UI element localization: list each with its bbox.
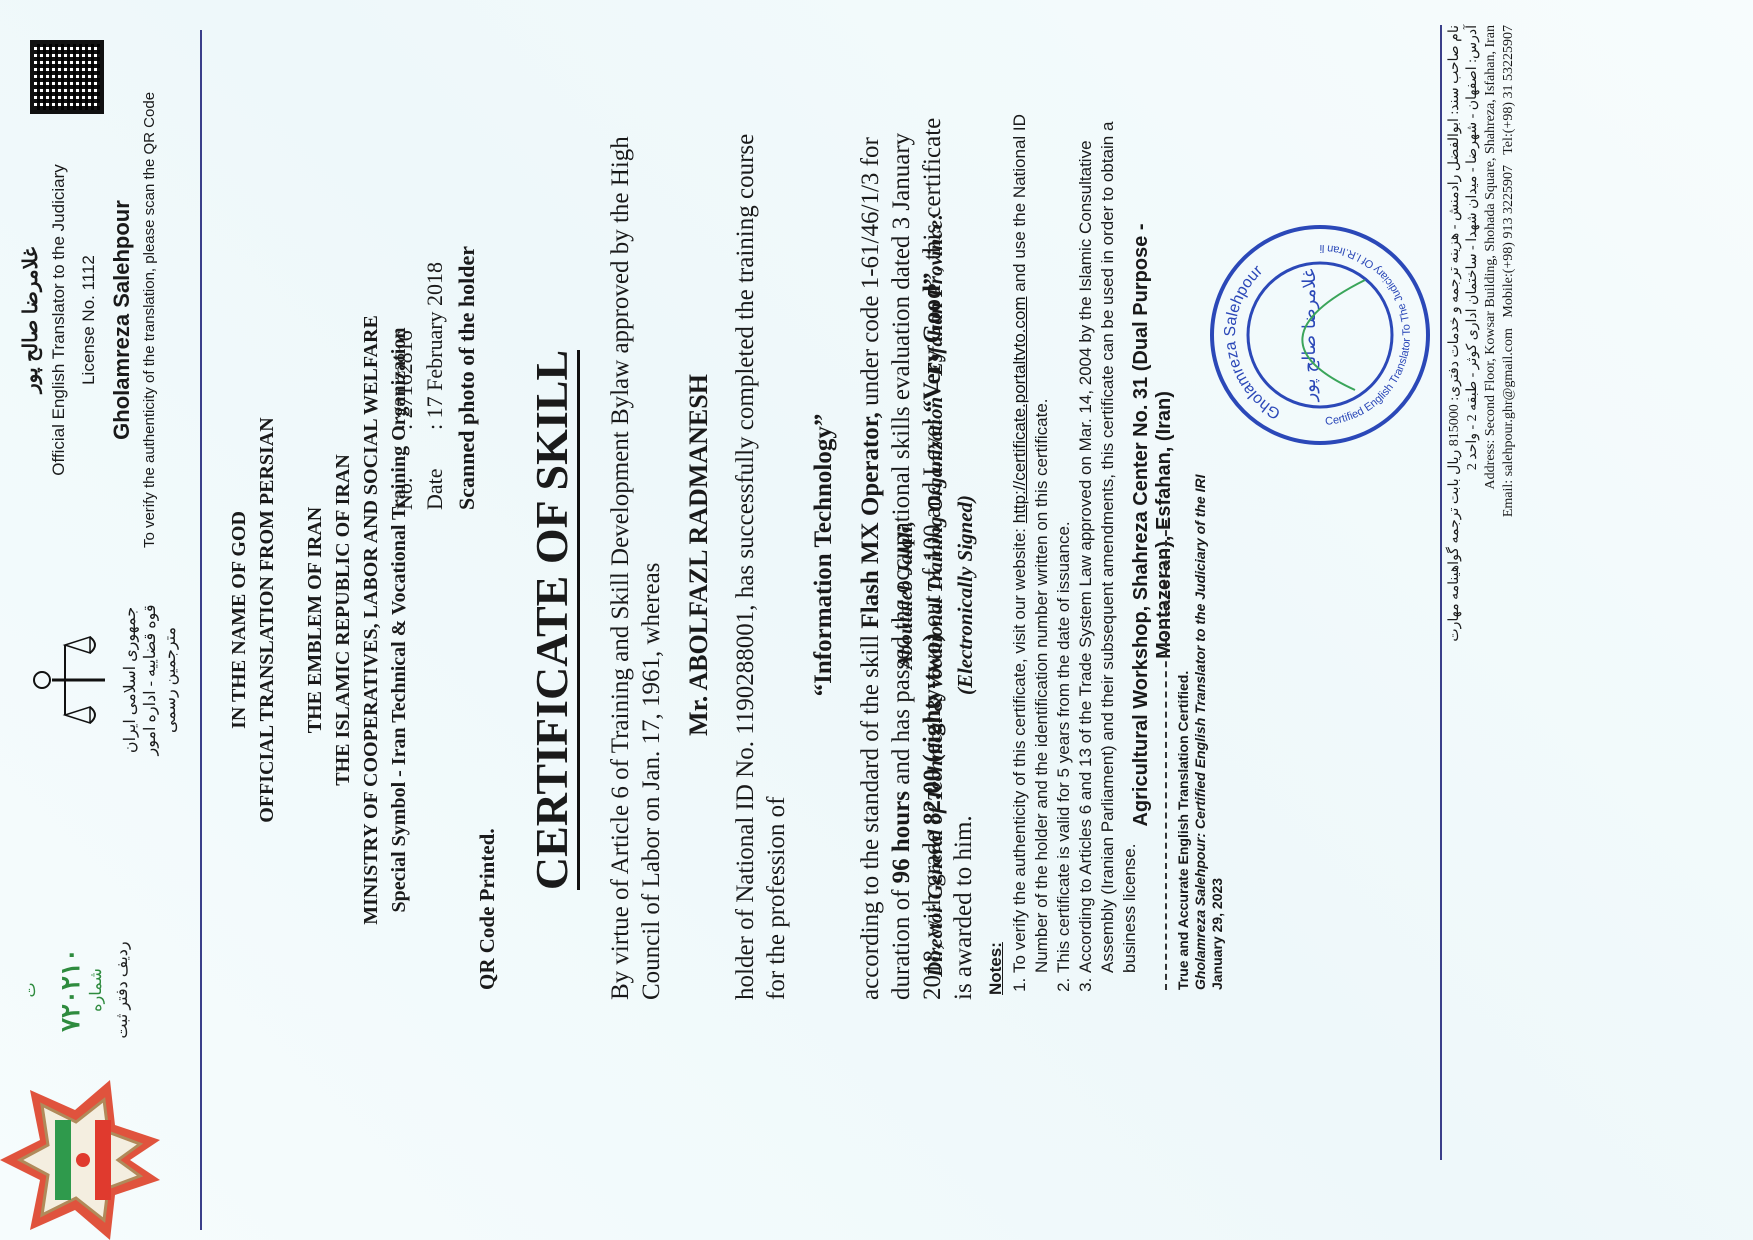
translator-name-fa: غلامرضا صالح پور [18, 40, 43, 600]
heading-line-5: MINISTRY OF COOPERATIVES, LABOR AND SOCI… [357, 200, 385, 1040]
workshop-name: Agricultural Workshop, Shahreza Center N… [1130, 160, 1176, 890]
cert-date: January 29, 2023 [1209, 475, 1226, 991]
cert-line-1: True and Accurate English Translation Ce… [1175, 475, 1192, 991]
heading-line-2: OFFICIAL TRANSLATION FROM PERSIAN [253, 200, 281, 1040]
note-item: To verify the authenticity of this certi… [1009, 100, 1053, 973]
skill-name: Flash MX Operator, [857, 412, 884, 628]
dashed-divider [1165, 520, 1167, 990]
note-item: This certificate is valid for 5 years fr… [1053, 100, 1075, 973]
notes-heading: Notes: [985, 100, 1007, 995]
translator-license: License No. 1112 [79, 40, 99, 600]
document-headings: IN THE NAME OF GOD OFFICIAL TRANSLATION … [225, 200, 413, 1040]
footer-fee: نام صاحب سند: ابوالفضل رادمنش - هزینه تر… [1446, 25, 1464, 1160]
signature-note: (Electronically Signed) [950, 100, 980, 1090]
judiciary-emblem: جمهوری اسلامی ایران قوه قضاییه - اداره ا… [30, 590, 180, 770]
certificate-title: CERTIFICATE OF SKILL [525, 0, 578, 1240]
holder-name: ABOLFAZL RADMANESH [684, 374, 713, 691]
signatory-name: Aboutaleb Jalali, [890, 100, 920, 1090]
qr-code-icon[interactable] [30, 40, 104, 114]
ref-no-label: No. [390, 430, 420, 510]
signature-block: Aboutaleb Jalali, Director General of Te… [890, 100, 980, 1090]
body-paragraph-1: By virtue of Article 6 of Training and S… [605, 110, 667, 1000]
signatory-title: Director General of Technical & Vocation… [920, 100, 950, 1090]
translator-verify-note: To verify the authenticity of the transl… [141, 40, 158, 600]
footer-address-en: Address: Second Floor, Kowsar Building, … [1482, 25, 1500, 1160]
heading-line-1: IN THE NAME OF GOD [225, 200, 253, 1040]
translator-stamp-icon: Gholamreza Salehpour Certified English T… [1205, 220, 1435, 450]
registry-mark: ت [20, 830, 40, 1150]
footer-address-fa: آدرس: اصفهان - شهرضا - میدان شهدا - ساخت… [1464, 25, 1482, 1160]
holder-photo-note: Scanned photo of the holder [454, 70, 480, 510]
certificate-page: ت ۷۲۰۲۱۰ شماره ردیف دفتر ثبت جمهوری اسلا… [0, 0, 1753, 1240]
body-paragraph-2: holder of National ID No. 1190288001, ha… [730, 110, 792, 1000]
registry-number: ۷۲۰۲۱۰ [56, 830, 86, 1150]
reference-block: No.: 27162816 Date: 17 February 2018 Sca… [390, 70, 480, 510]
header-divider [200, 30, 202, 1230]
heading-line-4: THE ISLAMIC REPUBLIC OF IRAN [329, 200, 357, 1040]
registry-number-label: شماره [86, 830, 106, 1150]
ref-date-value: : 17 February 2018 [420, 262, 450, 430]
emblem-line-1: جمهوری اسلامی ایران [120, 590, 140, 770]
holder-name-line: Mr. ABOLFAZL RADMANESH [683, 110, 714, 1000]
notes-section: Notes: To verify the authenticity of thi… [985, 100, 1141, 995]
qr-printed-note: QR Code Printed. [475, 828, 500, 990]
footer-contacts: Email: salehpour.ghr@gmail.com Mobile:(+… [1500, 25, 1518, 1160]
translation-certification: True and Accurate English Translation Ce… [1175, 475, 1226, 991]
emblem-line-2: قوه قضاییه - اداره امور مترجمین رسمی [140, 590, 180, 770]
scales-of-justice-icon [30, 635, 120, 725]
translator-header: غلامرضا صالح پور Official English Transl… [18, 40, 158, 600]
footer: نام صاحب سند: ابوالفضل رادمنش - هزینه تر… [1440, 25, 1518, 1160]
registry-block: ت ۷۲۰۲۱۰ شماره ردیف دفتر ثبت [20, 830, 132, 1150]
translator-role: Official English Translator to the Judic… [49, 40, 69, 600]
registry-row-label: ردیف دفتر ثبت [112, 830, 132, 1150]
profession: “Information Technology” [808, 110, 839, 1000]
verification-link[interactable]: http://certificate.portaltvto.com [1010, 296, 1029, 523]
ref-no-value: : 27162816 [390, 330, 420, 430]
cert-line-2: Gholamreza Salehpour: Certified English … [1192, 475, 1209, 991]
heading-line-3: THE EMBLEM OF IRAN [301, 200, 329, 1040]
translator-name-en: Gholamreza Salehpour [109, 40, 135, 600]
ref-date-label: Date [420, 430, 450, 510]
